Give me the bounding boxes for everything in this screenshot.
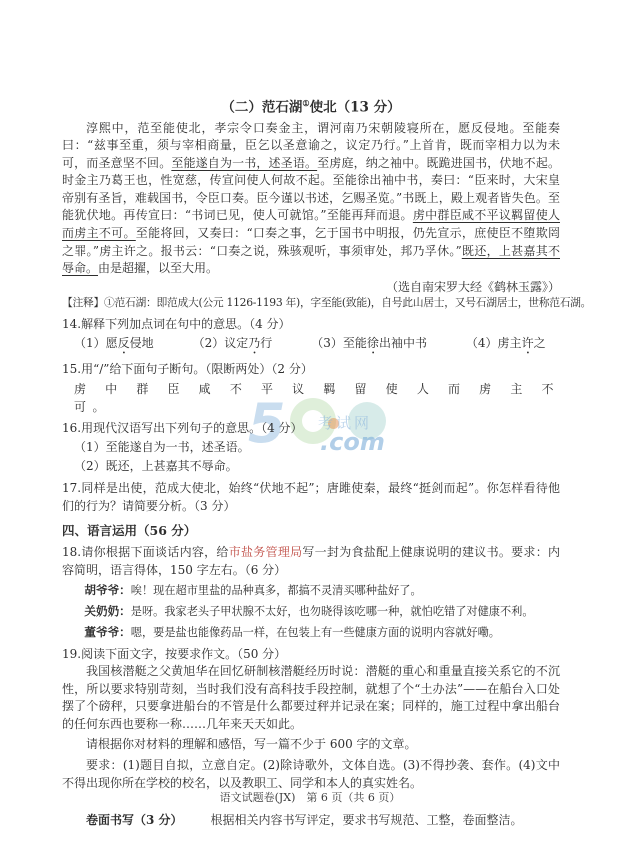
passage-note: 【注释】①范石湖：即范成大(公元 1126-1193 年)，字至能(致能)，自号… bbox=[62, 295, 560, 312]
q14-opt2-dotted-char: 乃 bbox=[248, 336, 260, 350]
question-16-item-2: （2）既还，上甚嘉其不辱命。 bbox=[62, 458, 560, 476]
essay-requirements: 要求：(1)题目自拟，立意自定。(2)除诗歌外，文体自选。(3)不得抄袭、套作。… bbox=[62, 757, 560, 792]
q14-option-2: （2）议定乃行 bbox=[193, 334, 273, 357]
passage-underline-1: 至能遂自为一书，述圣语。 bbox=[171, 156, 317, 170]
dialogue-line-3: 董爷爷：嗯，要是盐也能像药品一样，在包装上有一些健康方面的说明内容就好嘞。 bbox=[62, 623, 560, 642]
q18-salt-bureau-highlight: 市盐务管理局 bbox=[229, 545, 303, 559]
question-14-stem: 14.解释下列加点词在句中的意思。（4 分） bbox=[62, 315, 560, 333]
q14-opt2-pre: （2）议定 bbox=[193, 336, 249, 350]
passage-seg4: 由是超擢，以至大用。 bbox=[98, 261, 218, 275]
q14-opt3-dotted-char: 徐 bbox=[367, 336, 379, 350]
section-4-title: 四、语言运用（56 分） bbox=[62, 522, 560, 540]
question-16-item-1: （1）至能遂自为一书，述圣语。 bbox=[62, 439, 560, 457]
q14-option-3: （3）至能徐出袖中书 bbox=[311, 334, 427, 357]
section-title: （二）范石湖①使北（13 分） bbox=[62, 94, 560, 117]
speaker-text-guan: 是呀。我家老头子甲状腺不太好，也勿晓得该吃哪一种，就怕吃错了对健康不利。 bbox=[131, 605, 534, 618]
speaker-name-guan: 关奶奶： bbox=[84, 604, 130, 618]
q14-opt1-pre: （1）愿 bbox=[74, 336, 118, 350]
dialogue-line-2: 关奶奶：是呀。我家老头子甲状腺不太好，也勿晓得该吃哪一种，就怕吃错了对健康不利。 bbox=[62, 602, 560, 621]
question-15-stem: 15.用“/”给下面句子断句。（限断两处）（2 分） bbox=[62, 360, 560, 378]
handwriting-score-line: 卷面书写（3 分）根据相关内容书写评定，要求书写规范、工整，卷面整洁。 bbox=[62, 811, 560, 829]
question-17-stem: 17.同样是出使，范成大使北，始终“伏地不起”；唐雎使秦，最终“挺剑而起”。你怎… bbox=[62, 479, 560, 515]
q14-opt2-post: 行 bbox=[260, 336, 272, 350]
q14-opt4-pre: （4）虏主 bbox=[466, 336, 522, 350]
exam-page: 5 考试网 .com （二）范石湖①使北（13 分） 淳熙中，范至能使北，孝宗令… bbox=[0, 0, 620, 860]
section-title-pre: （二）范石湖 bbox=[221, 100, 302, 116]
q18-stem-pre: 18.请你根据下面谈话内容，给 bbox=[62, 545, 229, 559]
question-15-sentence: 虏 中 群 臣 咸 不 平 议 羁 留 使 人 而 虏 主 不 可。 bbox=[62, 380, 560, 416]
q14-opt3-post: 出袖中书 bbox=[379, 336, 427, 350]
q14-opt1-post: 侵地 bbox=[130, 336, 154, 350]
exam-content: （二）范石湖①使北（13 分） 淳熙中，范至能使北，孝宗令口奏金主，谓河南乃宋朝… bbox=[62, 94, 560, 829]
handwriting-text: 根据相关内容书写评定，要求书写规范、工整，卷面整洁。 bbox=[211, 813, 523, 827]
q14-option-1: （1）愿反侵地 bbox=[74, 334, 154, 357]
speaker-name-hu: 胡爷爷： bbox=[84, 583, 130, 597]
handwriting-label: 卷面书写（3 分） bbox=[86, 813, 183, 827]
q14-opt3-pre: （3）至能 bbox=[311, 336, 367, 350]
speaker-text-hu: 唉！现在超市里盐的品种真多，都搞不灵清买哪种盐好了。 bbox=[131, 584, 422, 597]
q14-option-4: （4）虏主许之 bbox=[466, 334, 546, 357]
speaker-name-dong: 董爷爷： bbox=[84, 625, 130, 639]
question-19-stem: 19.阅读下面文字，按要求作文。（50 分） bbox=[62, 645, 560, 663]
question-16-stem: 16.用现代汉语写出下列句子的意思。（4 分） bbox=[62, 419, 560, 437]
speaker-text-dong: 嗯，要是盐也能像药品一样，在包装上有一些健康方面的说明内容就好嘞。 bbox=[131, 626, 500, 639]
essay-instruction: 请根据你对材料的理解和感悟，写一篇不少于 600 字的文章。 bbox=[62, 736, 560, 754]
q14-opt4-post: 之 bbox=[534, 336, 546, 350]
essay-material: 我国核潜艇之父黄旭华在回忆研制核潜艇经历时说：潜艇的重心和重量直接关系它的不沉性… bbox=[62, 663, 560, 733]
question-14-options: （1）愿反侵地 （2）议定乃行 （3）至能徐出袖中书 （4）虏主许之 bbox=[62, 334, 560, 357]
page-footer: 语文试题卷(JX) 第 6 页（共 6 页） bbox=[0, 789, 620, 805]
question-18-stem: 18.请你根据下面谈话内容，给市盐务管理局写一封为食盐配上健康说明的建议书。要求… bbox=[62, 543, 560, 579]
passage-source: （选自南宋罗大经《鹤林玉露》） bbox=[62, 279, 560, 296]
footnote-marker: ① bbox=[302, 98, 309, 108]
section-title-post: 使北（13 分） bbox=[310, 100, 401, 116]
q14-opt1-dotted-char: 反 bbox=[118, 336, 130, 350]
q14-opt4-dotted-char: 许 bbox=[522, 336, 534, 350]
classical-passage: 淳熙中，范至能使北，孝宗令口奏金主，谓河南乃宋朝陵寝所在，愿反侵地。至能奏曰：“… bbox=[62, 120, 560, 278]
dialogue-line-1: 胡爷爷：唉！现在超市里盐的品种真多，都搞不灵清买哪种盐好了。 bbox=[62, 581, 560, 600]
